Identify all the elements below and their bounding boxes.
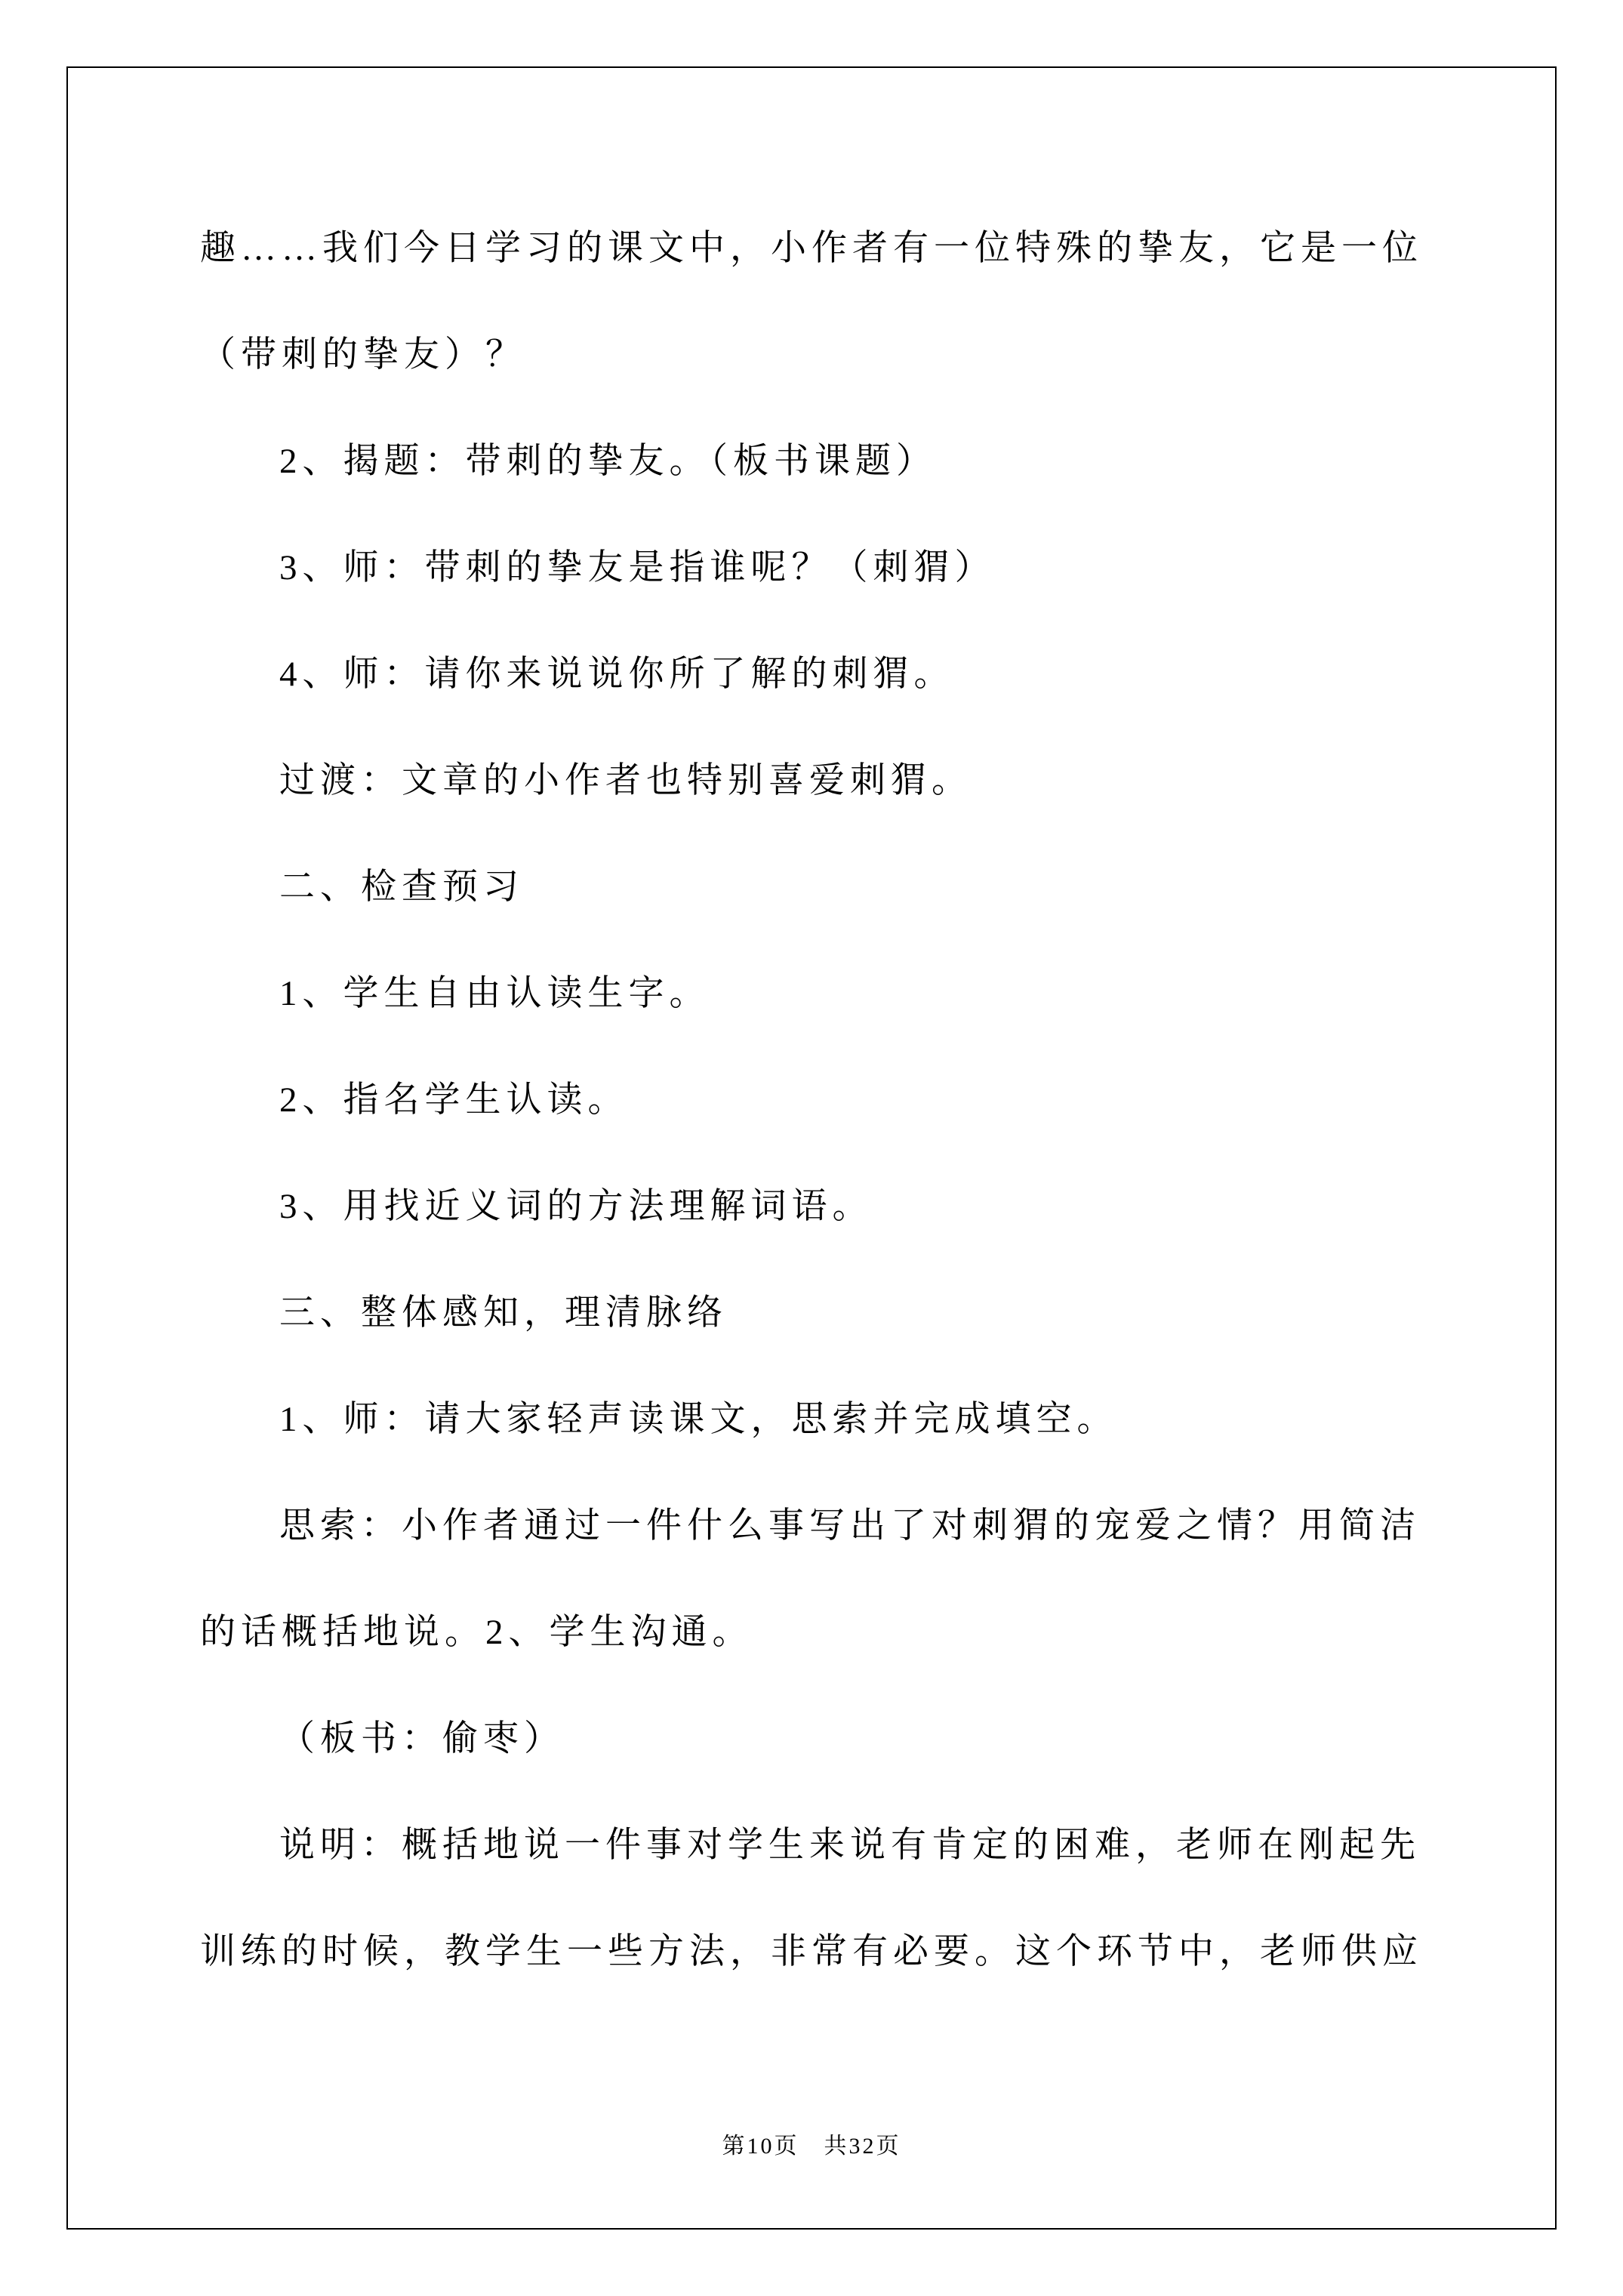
text-line: 的话概括地说。2、学生沟通。	[200, 1579, 1453, 1686]
text-line: 1、师：请大家轻声读课文，思索并完成填空。	[200, 1367, 1453, 1473]
document-page-border: 趣……我们今日学习的课文中，小作者有一位特殊的挚友，它是一位 （带刺的挚友）？ …	[66, 66, 1557, 2230]
text-line: 思索：小作者通过一件什么事写出了对刺猬的宠爱之情？用简洁	[200, 1473, 1453, 1579]
text-line: 训练的时候，教学生一些方法，非常有必要。这个环节中，老师供应	[200, 1899, 1453, 2005]
text-line: 趣……我们今日学习的课文中，小作者有一位特殊的挚友，它是一位	[200, 196, 1453, 302]
page-number-footer: 第10页 共32页	[68, 2131, 1555, 2162]
text-line: 2、揭题：带刺的挚友。（板书课题）	[200, 408, 1453, 515]
text-line: 1、学生自由认读生字。	[200, 941, 1453, 1047]
text-line: 3、师：带刺的挚友是指谁呢？（刺猬）	[200, 515, 1453, 621]
text-line: 说明：概括地说一件事对学生来说有肯定的困难，老师在刚起先	[200, 1792, 1453, 1899]
text-line: （带刺的挚友）？	[200, 302, 1453, 408]
document-text-block: 趣……我们今日学习的课文中，小作者有一位特殊的挚友，它是一位 （带刺的挚友）？ …	[200, 196, 1453, 2005]
text-line: 过渡：文章的小作者也特别喜爱刺猬。	[200, 728, 1453, 834]
text-line: 二、检查预习	[200, 834, 1453, 941]
text-line: （板书：偷枣）	[200, 1686, 1453, 1792]
text-line: 4、师：请你来说说你所了解的刺猬。	[200, 621, 1453, 728]
text-line: 3、用找近义词的方法理解词语。	[200, 1154, 1453, 1260]
text-line: 2、指名学生认读。	[200, 1047, 1453, 1154]
text-line: 三、整体感知，理清脉络	[200, 1260, 1453, 1367]
